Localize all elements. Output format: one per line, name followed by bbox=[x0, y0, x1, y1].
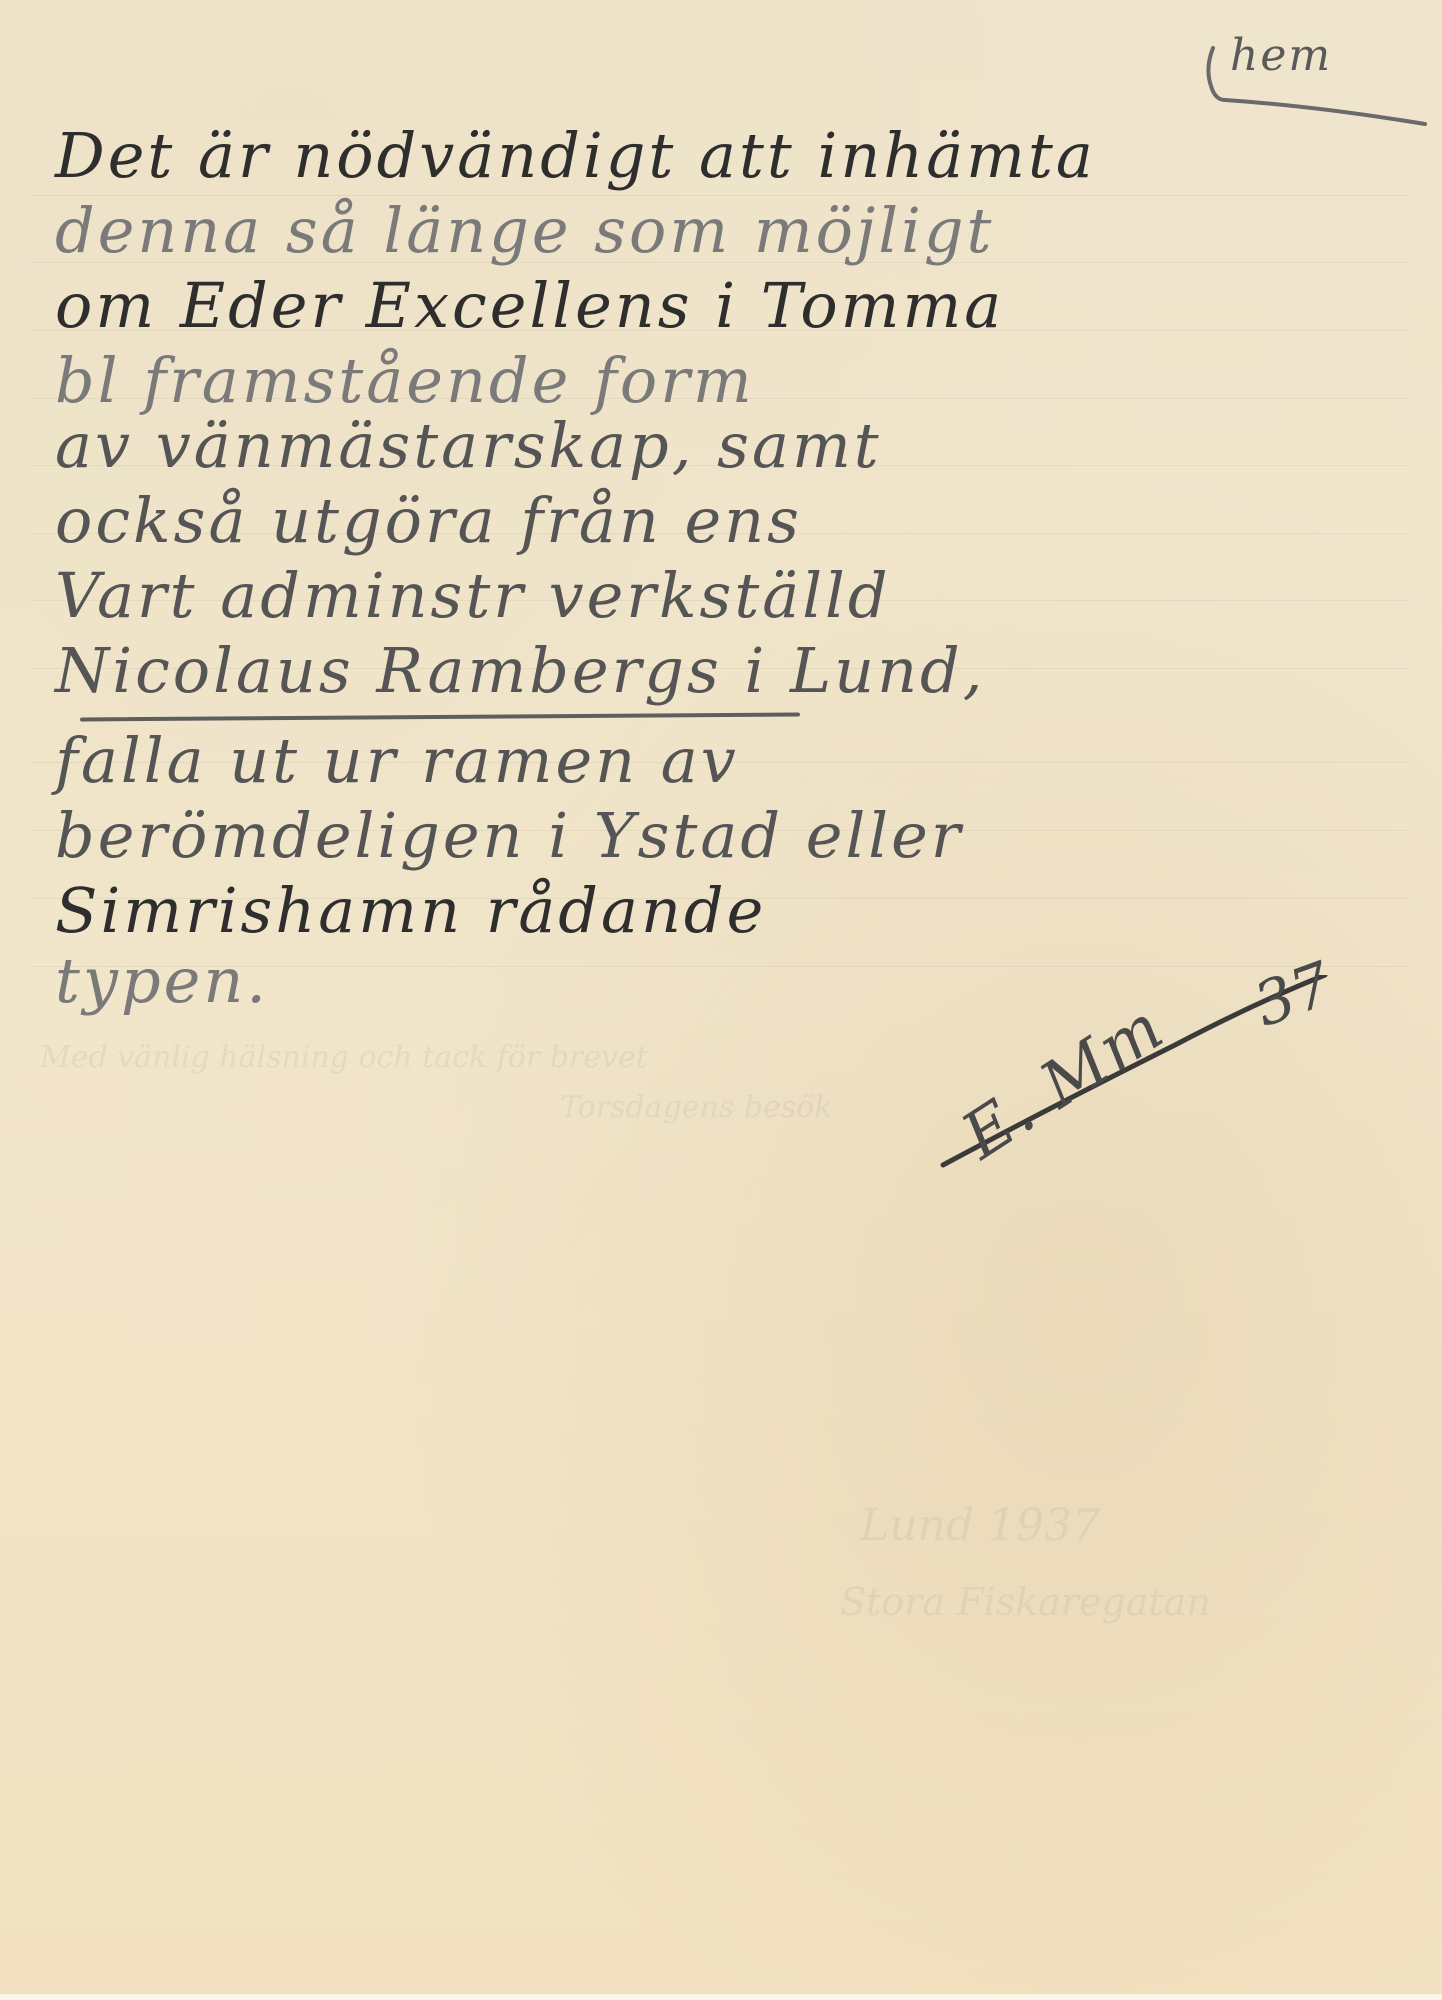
letter-line-11: Simrishamn rådande bbox=[55, 880, 766, 942]
letter-line-7: Vart adminstr verkställd bbox=[55, 565, 891, 627]
letter-line-12: typen. bbox=[55, 950, 269, 1012]
letter-line-5: av vänmästarskap, samt bbox=[55, 415, 882, 477]
letter-line-9: falla ut ur ramen av bbox=[55, 730, 739, 792]
paper-bottom-edge bbox=[0, 1994, 1442, 2000]
letter-line-1: Det är nödvändigt att inhämta bbox=[55, 125, 1096, 187]
letter-line-6: också utgöra från ens bbox=[55, 490, 802, 552]
margin-insertion-text: hem bbox=[1230, 30, 1332, 81]
letter-line-3: om Eder Excellens i Tomma bbox=[55, 275, 1004, 337]
letter-line-4: bl framstående form bbox=[55, 350, 755, 412]
letter-line-8: Nicolaus Rambergs i Lund, bbox=[55, 640, 985, 702]
letter-line-2: denna så länge som möjligt bbox=[55, 200, 994, 262]
letter-line-10: berömdeligen i Ystad eller bbox=[55, 805, 963, 867]
